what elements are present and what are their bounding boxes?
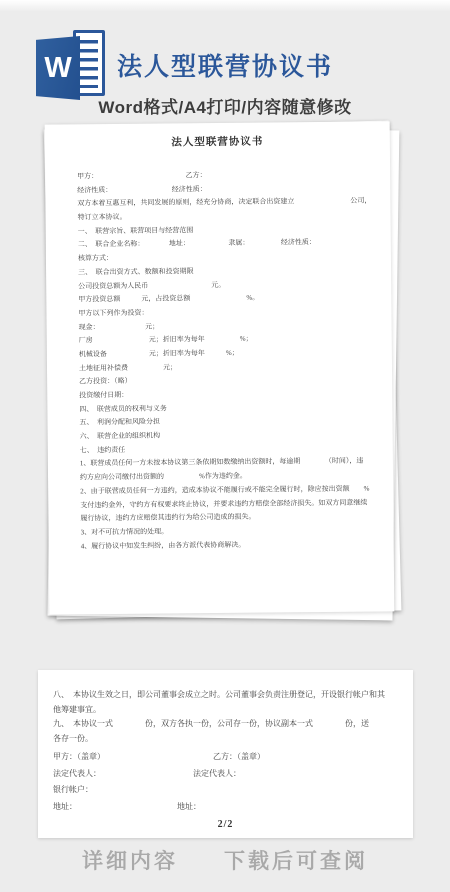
page-subtitle: Word格式/A4打印/内容随意修改 bbox=[0, 93, 450, 118]
template-preview-page: W 法人型联营协议书 Word格式/A4打印/内容随意修改 法人型联营协议书 甲… bbox=[0, 0, 450, 892]
doc-line: 法定代表人： 法定代表人： bbox=[53, 766, 403, 783]
doc-line: 地址： 地址： bbox=[53, 799, 403, 816]
doc-line: 八、 本协议生效之日，即公司董事会成立之时。公司董事会负责注册登记，开设银行帐户… bbox=[53, 688, 403, 703]
word-icon-text-lines bbox=[80, 40, 98, 88]
document-title: 法人型联营协议书 bbox=[45, 132, 390, 150]
paper-stack: 法人型联营协议书 甲方： 乙方： 经济性质： 经济性质： 双方本着互惠互利，共同… bbox=[47, 123, 392, 613]
doc-line: 各存一份。 bbox=[53, 732, 403, 747]
document-page-2-body: 八、 本协议生效之日，即公司董事会成立之时。公司董事会负责注册登记，开设银行帐户… bbox=[53, 688, 403, 815]
doc-line: 九、 本协议一式 份，双方各执一份，公司存一份，协议副本一式 份，送 bbox=[53, 717, 403, 732]
document-page-2: 八、 本协议生效之日，即公司董事会成立之时。公司董事会负责注册登记，开设银行帐户… bbox=[38, 670, 413, 838]
doc-line: 他筹建事宜。 bbox=[53, 703, 403, 718]
word-icon-w-panel: W bbox=[36, 36, 80, 100]
footer-text-right: 下载后可查阅 bbox=[224, 845, 368, 875]
document-page-1-body: 甲方： 乙方： 经济性质： 经济性质： 双方本着互惠互利，共同发展的原则，经充分… bbox=[77, 167, 389, 553]
document-page-1: 法人型联营协议书 甲方： 乙方： 经济性质： 经济性质： 双方本着互惠互利，共同… bbox=[45, 121, 395, 614]
footer-text-left: 详细内容 bbox=[82, 845, 178, 875]
doc-line: 甲方：（盖章） 乙方：（盖章） bbox=[53, 749, 403, 766]
page-title: 法人型联营协议书 bbox=[117, 47, 333, 83]
word-icon-letter: W bbox=[44, 54, 71, 83]
page-number: 2/2 bbox=[38, 819, 413, 830]
doc-line: 4、履行协议中如发生纠纷，由各方派代表协商解决。 bbox=[81, 537, 389, 554]
doc-line: 银行帐户： bbox=[53, 782, 403, 799]
page-footer: 详细内容 下载后可查阅 bbox=[0, 845, 450, 875]
